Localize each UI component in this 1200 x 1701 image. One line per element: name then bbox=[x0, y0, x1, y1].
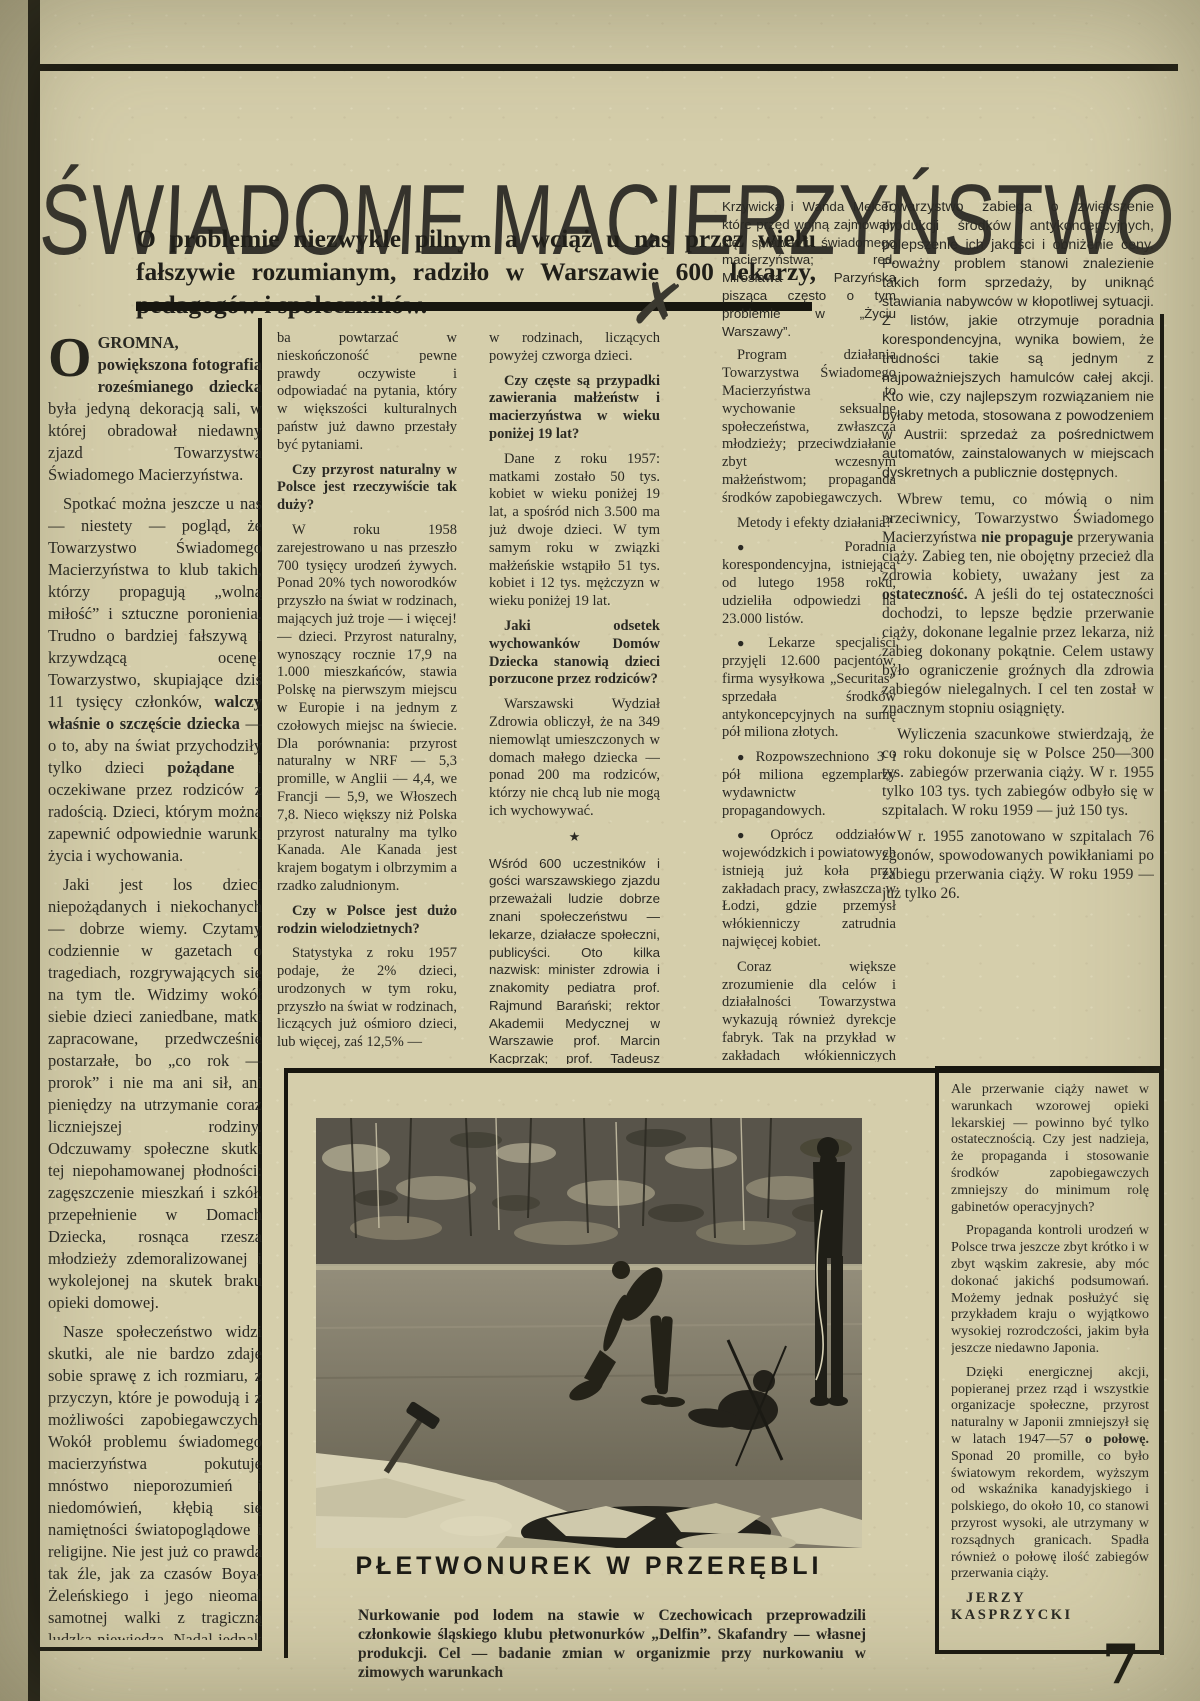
paragraph: Program działania Towarzystwa Świadomego… bbox=[722, 347, 896, 507]
question-heading: Jaki odsetek wychowanków Domów Dziecka s… bbox=[489, 618, 660, 689]
photo-caption-text: Nurkowanie pod lodem na stawie w Czechow… bbox=[358, 1606, 866, 1683]
rocky-bank bbox=[316, 1118, 862, 1272]
paragraph: W r. 1955 zanotowano w szpitalach 76 zgo… bbox=[882, 827, 1154, 903]
bullet-item: ●Poradnia korespondencyjna, istniejąca o… bbox=[722, 539, 896, 628]
column1-frame-bottom-rule bbox=[38, 1647, 262, 1651]
paragraph: W roku 1958 zarejestrowano u nas przeszł… bbox=[277, 522, 457, 896]
paragraph: OGROMNA, powiększona fotografia roześmia… bbox=[48, 332, 262, 486]
paragraph: Spotkać można jeszcze u nas — niestety —… bbox=[48, 493, 262, 867]
paragraph: Towarzystwo zabiega o zwiększenie produk… bbox=[882, 198, 1154, 483]
author-byline: JERZY KASPRZYCKI bbox=[951, 1590, 1149, 1624]
question-heading: Czy w Polsce jest dużo rodzin wielodziet… bbox=[277, 903, 457, 939]
paragraph: Ale przerwanie ciąży nawet w warunkach w… bbox=[951, 1082, 1149, 1216]
question-heading: Czy częste są przypadki zawierania małże… bbox=[489, 373, 660, 444]
paragraph: w rodzinach, liczących powyżej czworga d… bbox=[489, 330, 660, 366]
photo-section-left-rule bbox=[284, 1068, 288, 1658]
paragraph: Dzięki energicznej akcji, popieranej prz… bbox=[951, 1365, 1149, 1583]
column-2: ba powtarzać w nieskończoność pewne praw… bbox=[277, 330, 457, 1064]
column-5: Towarzystwo zabiega o zwiększenie produk… bbox=[882, 198, 1154, 1060]
bullet-item: ●Oprócz oddziałów wojewódzkich i powiato… bbox=[722, 827, 896, 952]
paragraph: Coraz większe zrozumienie dla celów i dz… bbox=[722, 959, 896, 1062]
paragraph: Krzywicka i Wanda Melcer, które przed wo… bbox=[722, 198, 896, 340]
scan-left-margin bbox=[0, 0, 30, 1701]
paragraph: Wbrew temu, co mówią o nim przeciwnicy, … bbox=[882, 490, 1154, 718]
photo-illustration bbox=[316, 1118, 862, 1548]
paragraph: ba powtarzać w nieskończoność pewne praw… bbox=[277, 330, 457, 455]
magazine-page: { "page": { "number": "7", "paper_color"… bbox=[0, 0, 1200, 1701]
page-number: 7 bbox=[1102, 1632, 1140, 1696]
column-1: OGROMNA, powiększona fotografia roześmia… bbox=[48, 332, 262, 1640]
paragraph: Wyliczenia szacunkowe stwierdzają, że co… bbox=[882, 725, 1154, 820]
paragraph: Jaki jest los dzieci niepożądanych i nie… bbox=[48, 874, 262, 1314]
bullet-icon: ● bbox=[737, 636, 761, 650]
top-rule bbox=[28, 64, 1178, 71]
paragraph: Nasze społeczeństwo widzi skutki, ale ni… bbox=[48, 1321, 262, 1640]
lead-underline-bar bbox=[136, 302, 812, 311]
paragraph: Statystyka z roku 1957 podaje, że 2% dzi… bbox=[277, 945, 457, 1052]
paragraph: Metody i efekty działania? bbox=[722, 515, 896, 533]
paragraph: Propaganda kontroli urodzeń w Polsce trw… bbox=[951, 1223, 1149, 1357]
column-4: Krzywicka i Wanda Melcer, które przed wo… bbox=[722, 198, 896, 1062]
question-heading: Czy przyrost naturalny w Polsce jest rze… bbox=[277, 462, 457, 515]
paragraph: Warszawski Wydział Zdrowia obliczył, że … bbox=[489, 696, 660, 821]
paragraph: Dane z roku 1957: matkami zostało 50 tys… bbox=[489, 451, 660, 611]
bullet-icon: ● bbox=[737, 750, 749, 764]
drop-cap: O bbox=[48, 335, 92, 381]
column-3: w rodzinach, liczących powyżej czworga d… bbox=[489, 330, 660, 1064]
star-divider: ★ bbox=[489, 828, 660, 846]
photo bbox=[316, 1118, 862, 1548]
bullet-icon: ● bbox=[737, 540, 837, 554]
bullet-icon: ● bbox=[737, 828, 763, 842]
bullet-item: ●Lekarze specjaliści przyjęli 12.600 pac… bbox=[722, 635, 896, 742]
column-5-boxed: Ale przerwanie ciąży nawet w warunkach w… bbox=[951, 1082, 1149, 1638]
photo-caption-title: PŁETWONUREK W PRZERĘBLI bbox=[316, 1552, 862, 1581]
paragraph: Wśród 600 uczestników i gości warszawski… bbox=[489, 855, 660, 1064]
bullet-item: ●Rozpowszechniono 3 i pół miliona egzemp… bbox=[722, 749, 896, 820]
